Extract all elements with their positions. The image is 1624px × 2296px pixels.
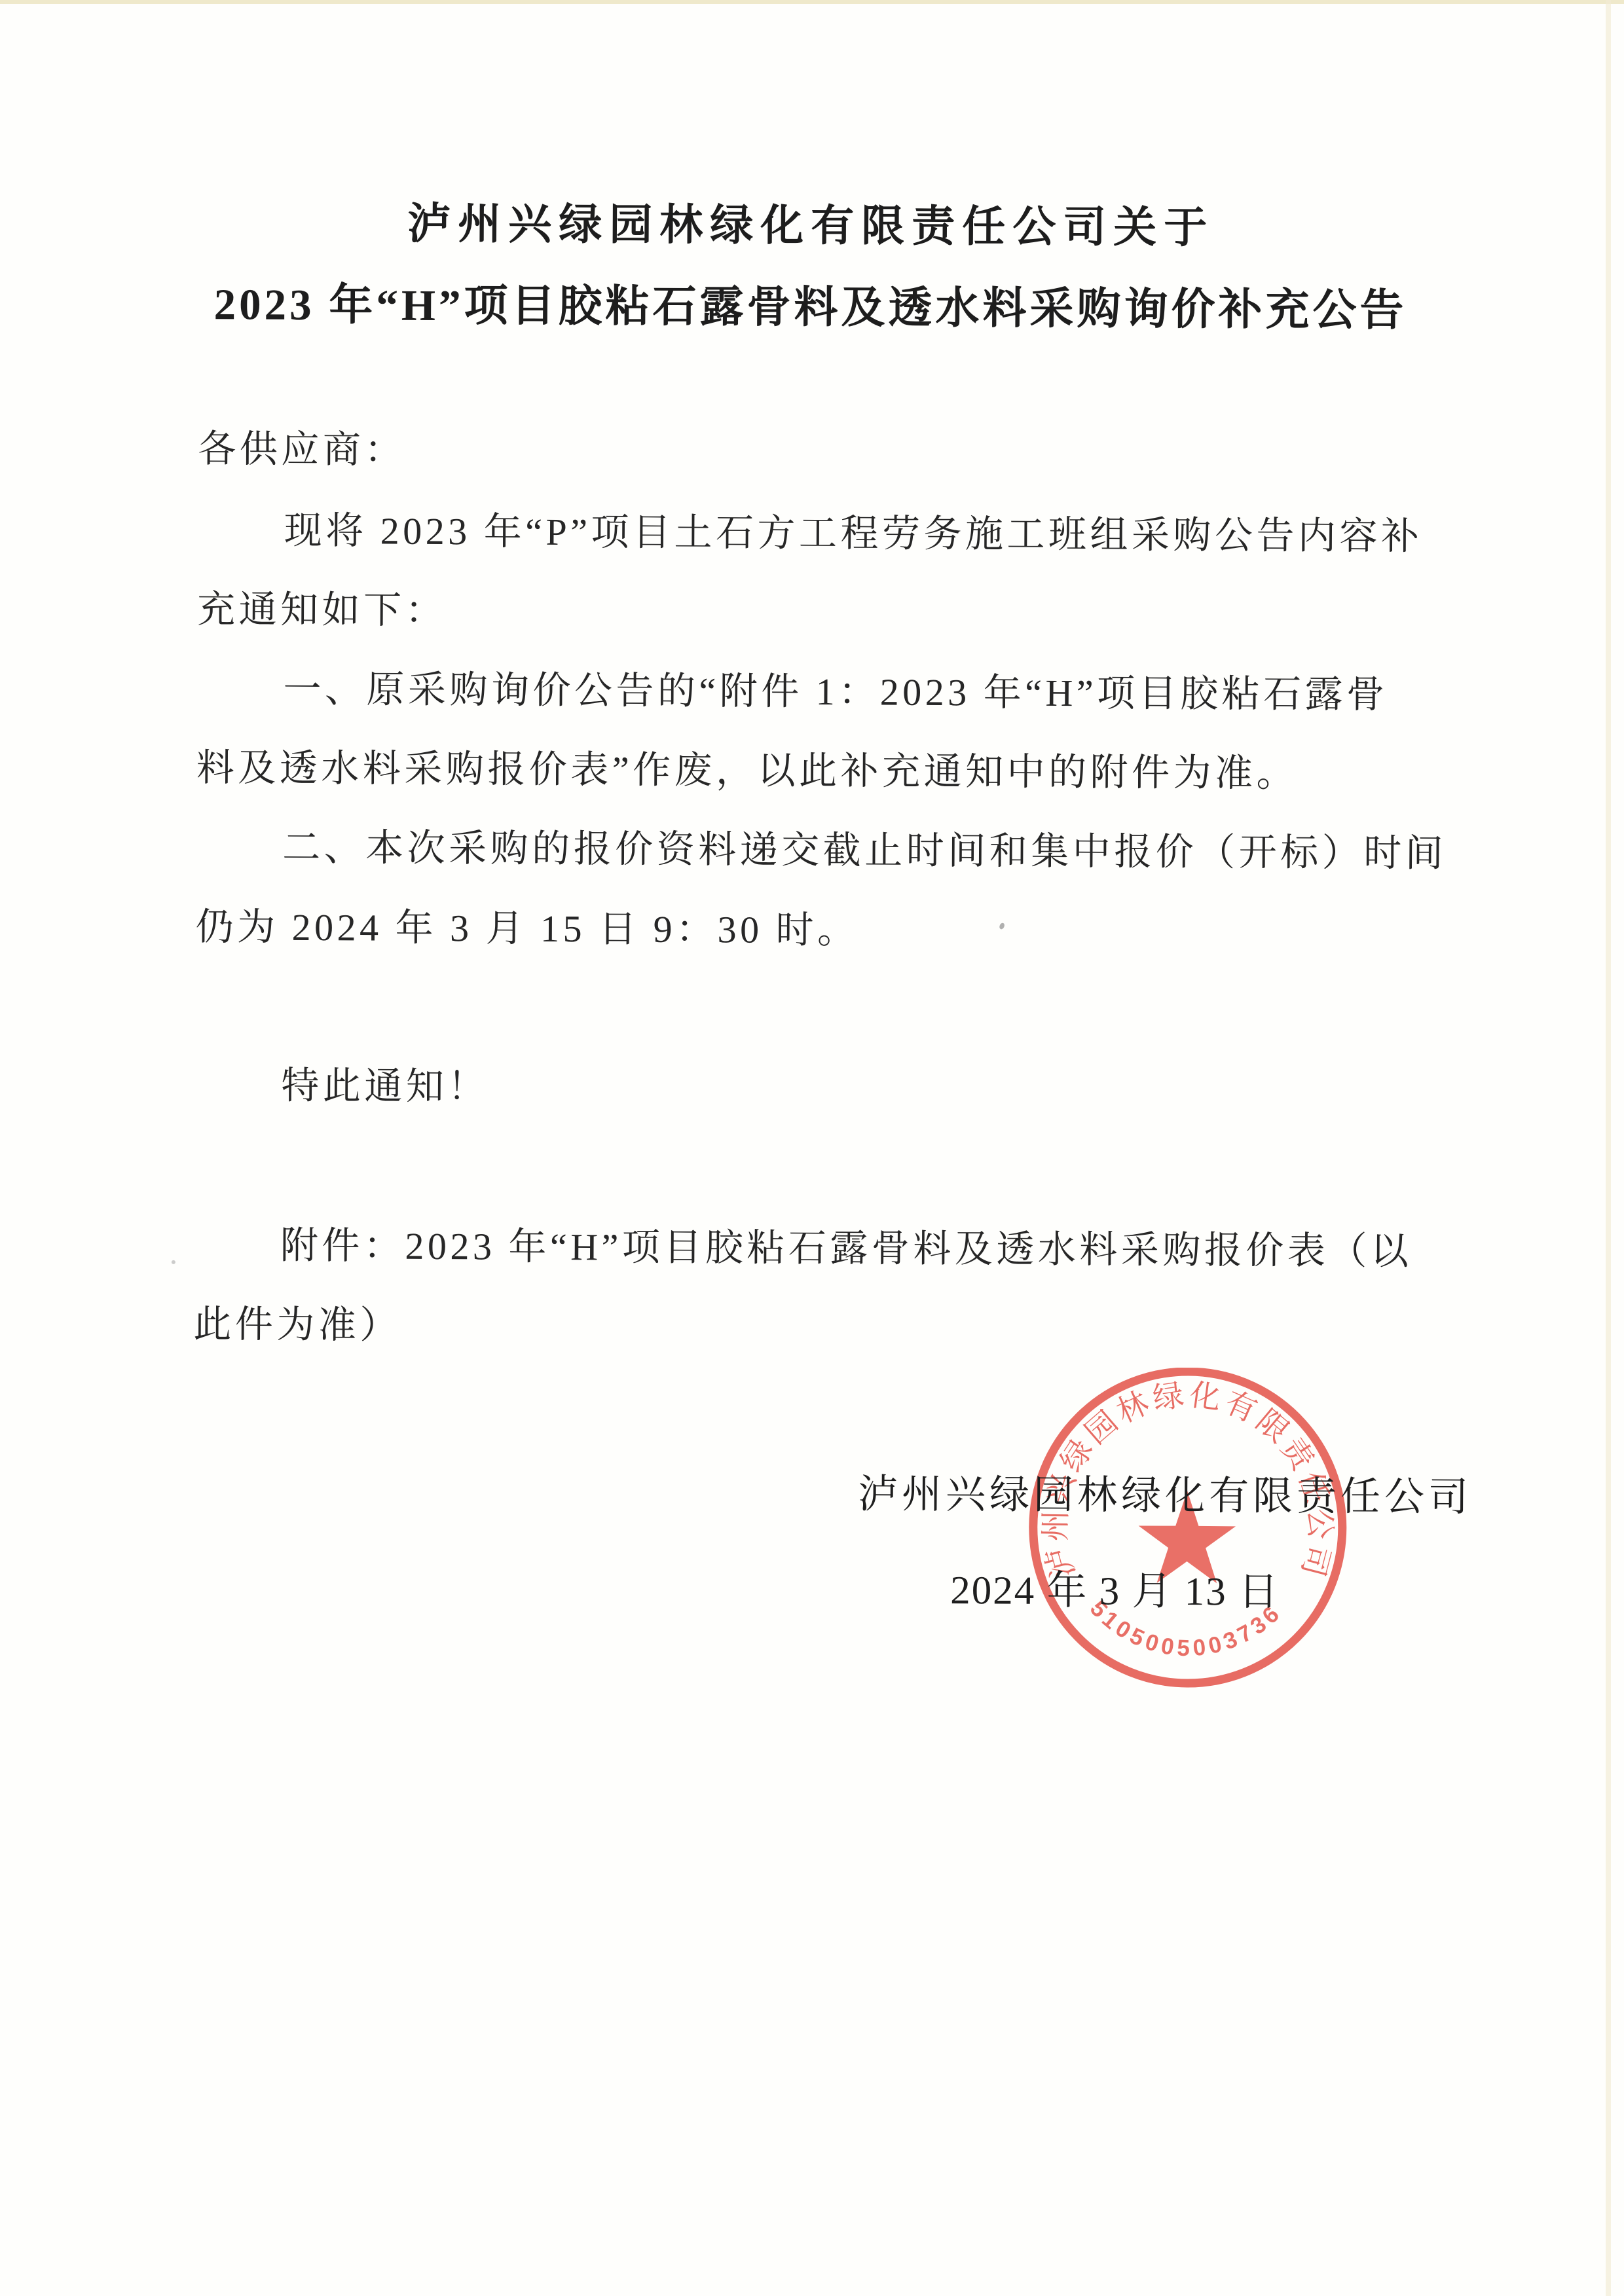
paragraph-1-line-2: 充通知如下： [197,588,1486,638]
attachment-line-1: 附件：2023 年“H”项目胶粘石露骨料及透水料采购报价表（以 [194,1224,1569,1275]
salutation: 各供应商： [198,428,1486,478]
scan-speck [172,1260,175,1264]
document-content: 泸州兴绿园林绿化有限责任公司关于 2023 年“H”项目胶粘石露骨料及透水料采购… [0,0,1624,2296]
doc-title-line-1: 泸州兴绿园林绿化有限责任公司关于 [0,198,1623,256]
paragraph-1-line-1: 现将 2023 年“P”项目土石方工程劳务施工班组采购公告内容补 [198,509,1573,560]
scanned-document-page: 泸州兴绿园林绿化有限责任公司关于 2023 年“H”项目胶粘石露骨料及透水料采购… [0,0,1624,2296]
company-signature: 泸州兴绿园林绿化有限责任公司 [858,1472,1472,1521]
item-1-line-1: 一、原采购询价公告的“附件 1：2023 年“H”项目胶粘石露骨 [196,667,1572,718]
notice-line: 特此通知！ [194,1064,1570,1115]
item-1-line-2: 料及透水料采购报价表”作废，以此补充通知中的附件为准。 [196,746,1485,797]
official-seal: 泸州兴绿园林绿化有限责任公司 5105005003736 [1025,1367,1350,1694]
item-2-line-2: 仍为 2024 年 3 月 15 日 9：30 时。 [195,905,1484,956]
item-2-line-1: 二、本次采购的报价资料递交截止时间和集中报价（开标）时间 [196,826,1571,877]
signature-date: 2024 年 3 月 13 日 [950,1568,1280,1616]
doc-title-line-2: 2023 年“H”项目胶粘石露骨料及透水料采购询价补充公告 [0,279,1623,338]
attachment-line-2: 此件为准） [193,1303,1482,1353]
